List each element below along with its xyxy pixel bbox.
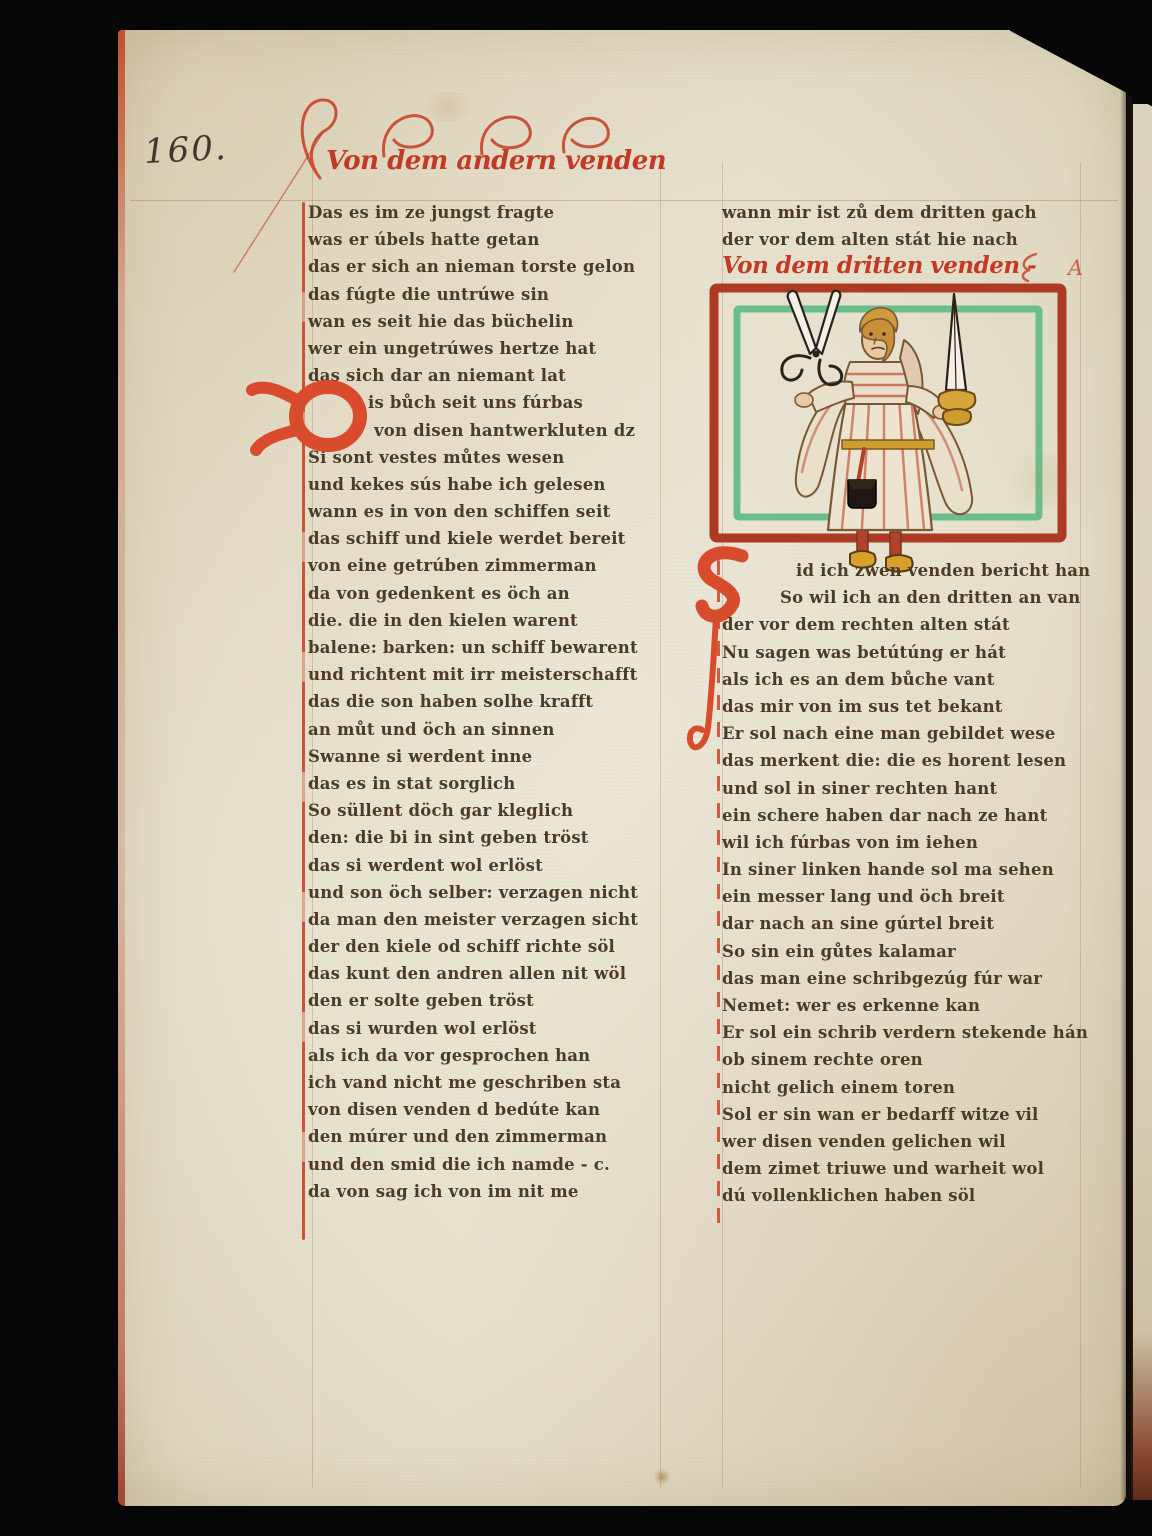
text-line: ich vand nicht me geschriben sta	[308, 1069, 698, 1096]
stain	[654, 1468, 670, 1486]
text-line: und richtent mit irr meisterschafft	[308, 661, 698, 688]
text-line: und sol in siner rechten hant	[722, 775, 1124, 802]
text-line: da von sag ich von im nit me	[308, 1178, 698, 1205]
text-line: dú vollenklichen haben söl	[722, 1182, 1124, 1209]
text-line: Er sol nach eine man gebildet wese	[722, 720, 1124, 747]
text-line: Das es im ze jungst fragte	[308, 199, 698, 226]
chapter-heading: Von dem andern venden	[326, 146, 666, 176]
text-line: ob sinem rechte oren	[722, 1046, 1124, 1073]
balance-scale-icon	[938, 294, 975, 425]
text-line: Nemet: wer es erkenne kan	[722, 992, 1124, 1019]
text-line: wer disen venden gelichen wil	[722, 1128, 1124, 1155]
manuscript-page: 160. Von dem andern venden Das es im ze …	[118, 30, 1126, 1506]
text-line: wann mir ist zů dem dritten gach	[722, 199, 1122, 226]
shears-icon	[782, 291, 842, 385]
text-line: und den smid die ich namde - c.	[308, 1151, 698, 1178]
text-line: von eine getrúben zimmerman	[308, 552, 698, 579]
text-line: das schiff und kiele werdet bereit	[308, 525, 698, 552]
text-line: was er úbels hatte getan	[308, 226, 698, 253]
text-line: der vor dem alten stát hie nach	[722, 226, 1122, 253]
text-line: So wil ich an den dritten an van	[780, 584, 1124, 611]
text-line: nicht gelich einem toren	[722, 1074, 1124, 1101]
text-line: von disen venden d bedúte kan	[308, 1096, 698, 1123]
text-line: da von gedenkent es öch an	[308, 580, 698, 607]
text-line: Nu sagen was betútúng er hát	[722, 639, 1124, 666]
folio-number: 160.	[143, 128, 229, 172]
text-line: wann es in von den schiffen seit	[308, 498, 698, 525]
text-line: das die son haben solhe krafft	[308, 688, 698, 715]
text-line: das si werdent wol erlöst	[308, 852, 698, 879]
red-ink-column-line	[302, 202, 305, 1240]
text-line: da man den meister verzagen sicht	[308, 906, 698, 933]
right-text-column-lower: id ich zwen venden bericht hanSo wil ich…	[722, 557, 1124, 1210]
text-line: das mir von im sus tet bekant	[722, 693, 1124, 720]
text-line: als ich da vor gesprochen han	[308, 1042, 698, 1069]
text-line: den er solte geben tröst	[308, 987, 698, 1014]
text-line: balene: barken: un schiff bewarent	[308, 634, 698, 661]
text-line: das merkent die: die es horent lesen	[722, 747, 1124, 774]
text-line: dar nach an sine gúrtel breit	[722, 910, 1124, 937]
photo-backdrop: { "page": { "folio_number": "160.", "lef…	[0, 0, 1152, 1536]
text-line: das es in stat sorglich	[308, 770, 698, 797]
text-line: und kekes sús habe ich gelesen	[308, 471, 698, 498]
text-line: Er sol ein schrib verdern stekende hán	[722, 1019, 1124, 1046]
text-line: das fúgte die untrúwe sin	[308, 281, 698, 308]
rubric-flourish	[1016, 252, 1042, 282]
text-line: an můt und öch an sinnen	[308, 716, 698, 743]
text-line: das si wurden wol erlöst	[308, 1015, 698, 1042]
text-line: den múrer und den zimmerman	[308, 1123, 698, 1150]
right-text-column-upper: wann mir ist zů dem dritten gachder vor …	[722, 199, 1122, 253]
text-line: die. die in den kielen warent	[308, 607, 698, 634]
text-line: und son öch selber: verzagen nicht	[308, 879, 698, 906]
text-line: den: die bi in sint geben tröst	[308, 824, 698, 851]
text-line: das kunt den andren allen nit wöl	[308, 960, 698, 987]
text-line: id ich zwen venden bericht han	[796, 557, 1124, 584]
text-line: ein messer lang und öch breit	[722, 883, 1124, 910]
text-line: das man eine schribgezúg fúr war	[722, 965, 1124, 992]
text-line: das er sich an nieman torste gelon	[308, 253, 698, 280]
text-line: der vor dem rechten alten stát	[722, 611, 1124, 638]
margin-mark: A	[1068, 256, 1083, 280]
text-line: is bůch seit uns fúrbas	[368, 389, 698, 416]
tailor-figure	[782, 291, 976, 572]
red-edge-stain	[118, 30, 125, 1506]
text-line: ein schere haben dar nach ze hant	[722, 802, 1124, 829]
text-line: wan es seit hie das büchelin	[308, 308, 698, 335]
text-line: wer ein ungetrúwes hertze hat	[308, 335, 698, 362]
text-line: In siner linken hande sol ma sehen	[722, 856, 1124, 883]
left-text-column: Das es im ze jungst fragtewas er úbels h…	[308, 199, 698, 1205]
text-line: wil ich fúrbas von im iehen	[722, 829, 1124, 856]
text-line: Sol er sin wan er bedarff witze vil	[722, 1101, 1124, 1128]
text-line: von disen hantwerkluten dz	[374, 417, 698, 444]
text-line: Swanne si werdent inne	[308, 743, 698, 770]
initial-d	[244, 376, 374, 458]
text-line: der den kiele od schiff richte söl	[308, 933, 698, 960]
text-line: So süllent döch gar kleglich	[308, 797, 698, 824]
text-line: So sin ein gůtes kalamar	[722, 938, 1124, 965]
text-line: als ich es an dem bůche vant	[722, 666, 1124, 693]
rubric-heading: Von dem dritten venden -	[722, 252, 1036, 279]
next-folio-edge	[1131, 104, 1152, 1500]
text-line: dem zimet triuwe und warheit wol	[722, 1155, 1124, 1182]
belt-icon	[842, 440, 934, 449]
